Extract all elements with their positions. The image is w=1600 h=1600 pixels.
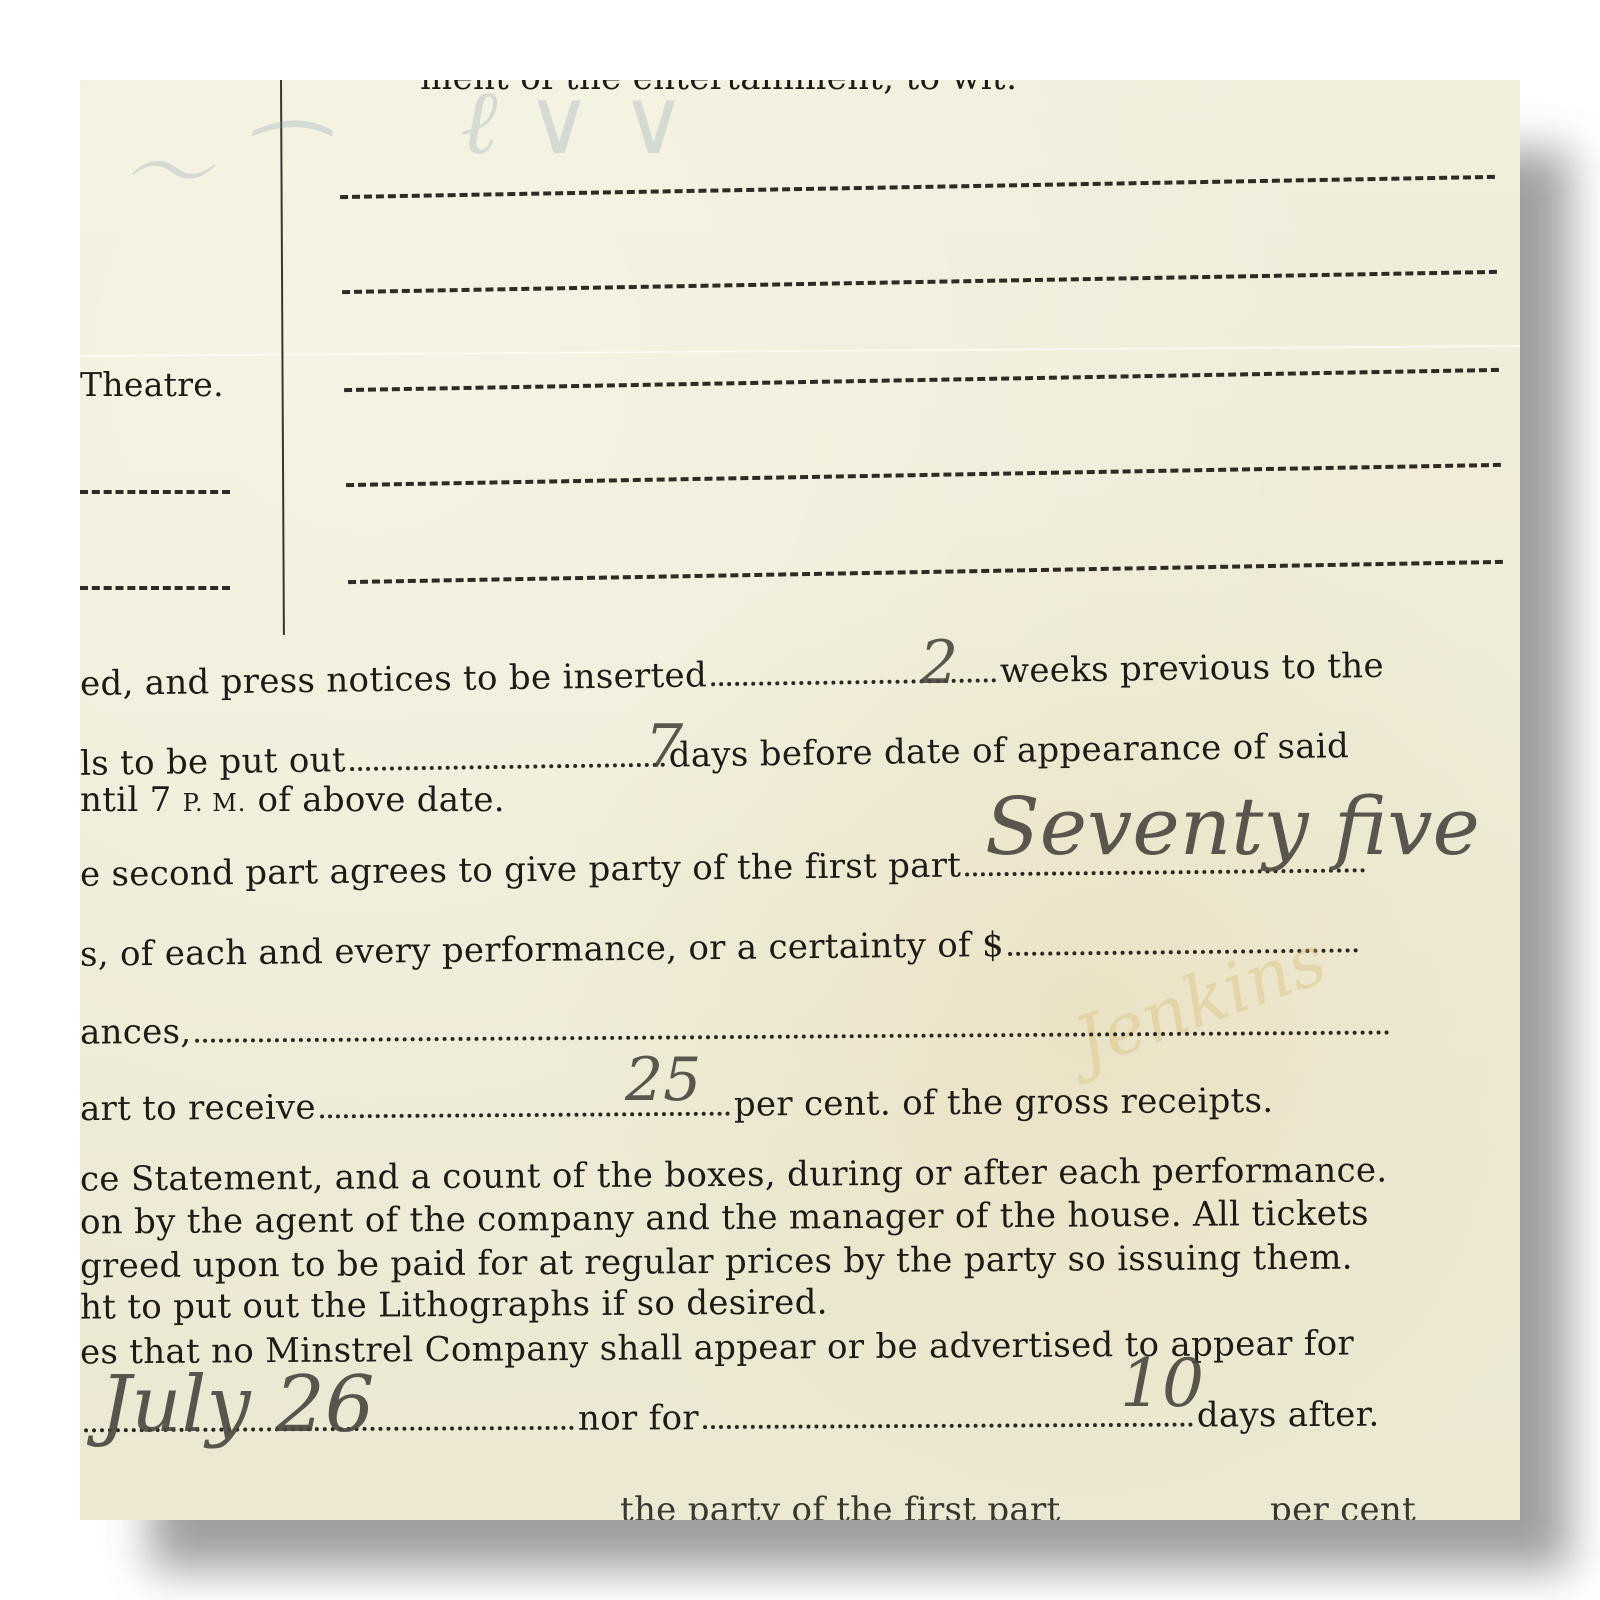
bottom-clipped-right: per cent [1270, 1490, 1416, 1520]
blank-line-3 [344, 368, 1499, 392]
blank-line-4 [346, 463, 1501, 487]
handwritten-days-after-value: 10 [1120, 1345, 1204, 1422]
paragraph-line-1: ce Statement, and a count of the boxes, … [80, 1150, 1388, 1199]
handwritten-percent-value: 25 [625, 1045, 701, 1115]
blank-line-5 [348, 560, 1503, 584]
theatre-label: Theatre. [80, 365, 224, 404]
top-fragment-text: ment of the entertainment, to wit: [420, 80, 1018, 98]
handwritten-weeks-value: 2 [920, 628, 958, 698]
contract-page: ～ ⁀ ℓ ∨ ∨ ment of the entertainment, to … [80, 80, 1520, 1520]
faint-pencil-marks: ～ ⁀ [120, 100, 311, 230]
ances-field[interactable] [195, 1026, 1390, 1042]
paragraph-line-3: greed upon to be paid for at regular pri… [80, 1238, 1353, 1287]
paragraph-line-4: ht to put out the Lithographs if so desi… [80, 1282, 828, 1327]
handwritten-share-value: Seventy five [985, 780, 1480, 873]
paper-fold-crease [80, 345, 1520, 357]
handwritten-days-value: 7 [645, 712, 683, 782]
bills-out-days-field[interactable] [350, 759, 665, 771]
bottom-clipped-left: the party of the first part [620, 1490, 1061, 1520]
paragraph-line-2: on by the agent of the company and the m… [80, 1194, 1369, 1243]
clause-bills-out: ls to be put outdays before date of appe… [80, 726, 1349, 784]
clause-press-notices: ed, and press notices to be insertedweek… [80, 646, 1384, 704]
clause-certainty: s, of each and every performance, or a c… [80, 921, 1362, 974]
blank-line-2 [342, 270, 1497, 294]
left-blank-line-2 [80, 586, 230, 590]
left-blank-line-1 [80, 490, 230, 494]
clause-until-time: ntil 7 P. M. of above date. [80, 780, 505, 820]
handwritten-date-value: July 26 [100, 1360, 375, 1450]
blank-line-1 [340, 175, 1495, 199]
